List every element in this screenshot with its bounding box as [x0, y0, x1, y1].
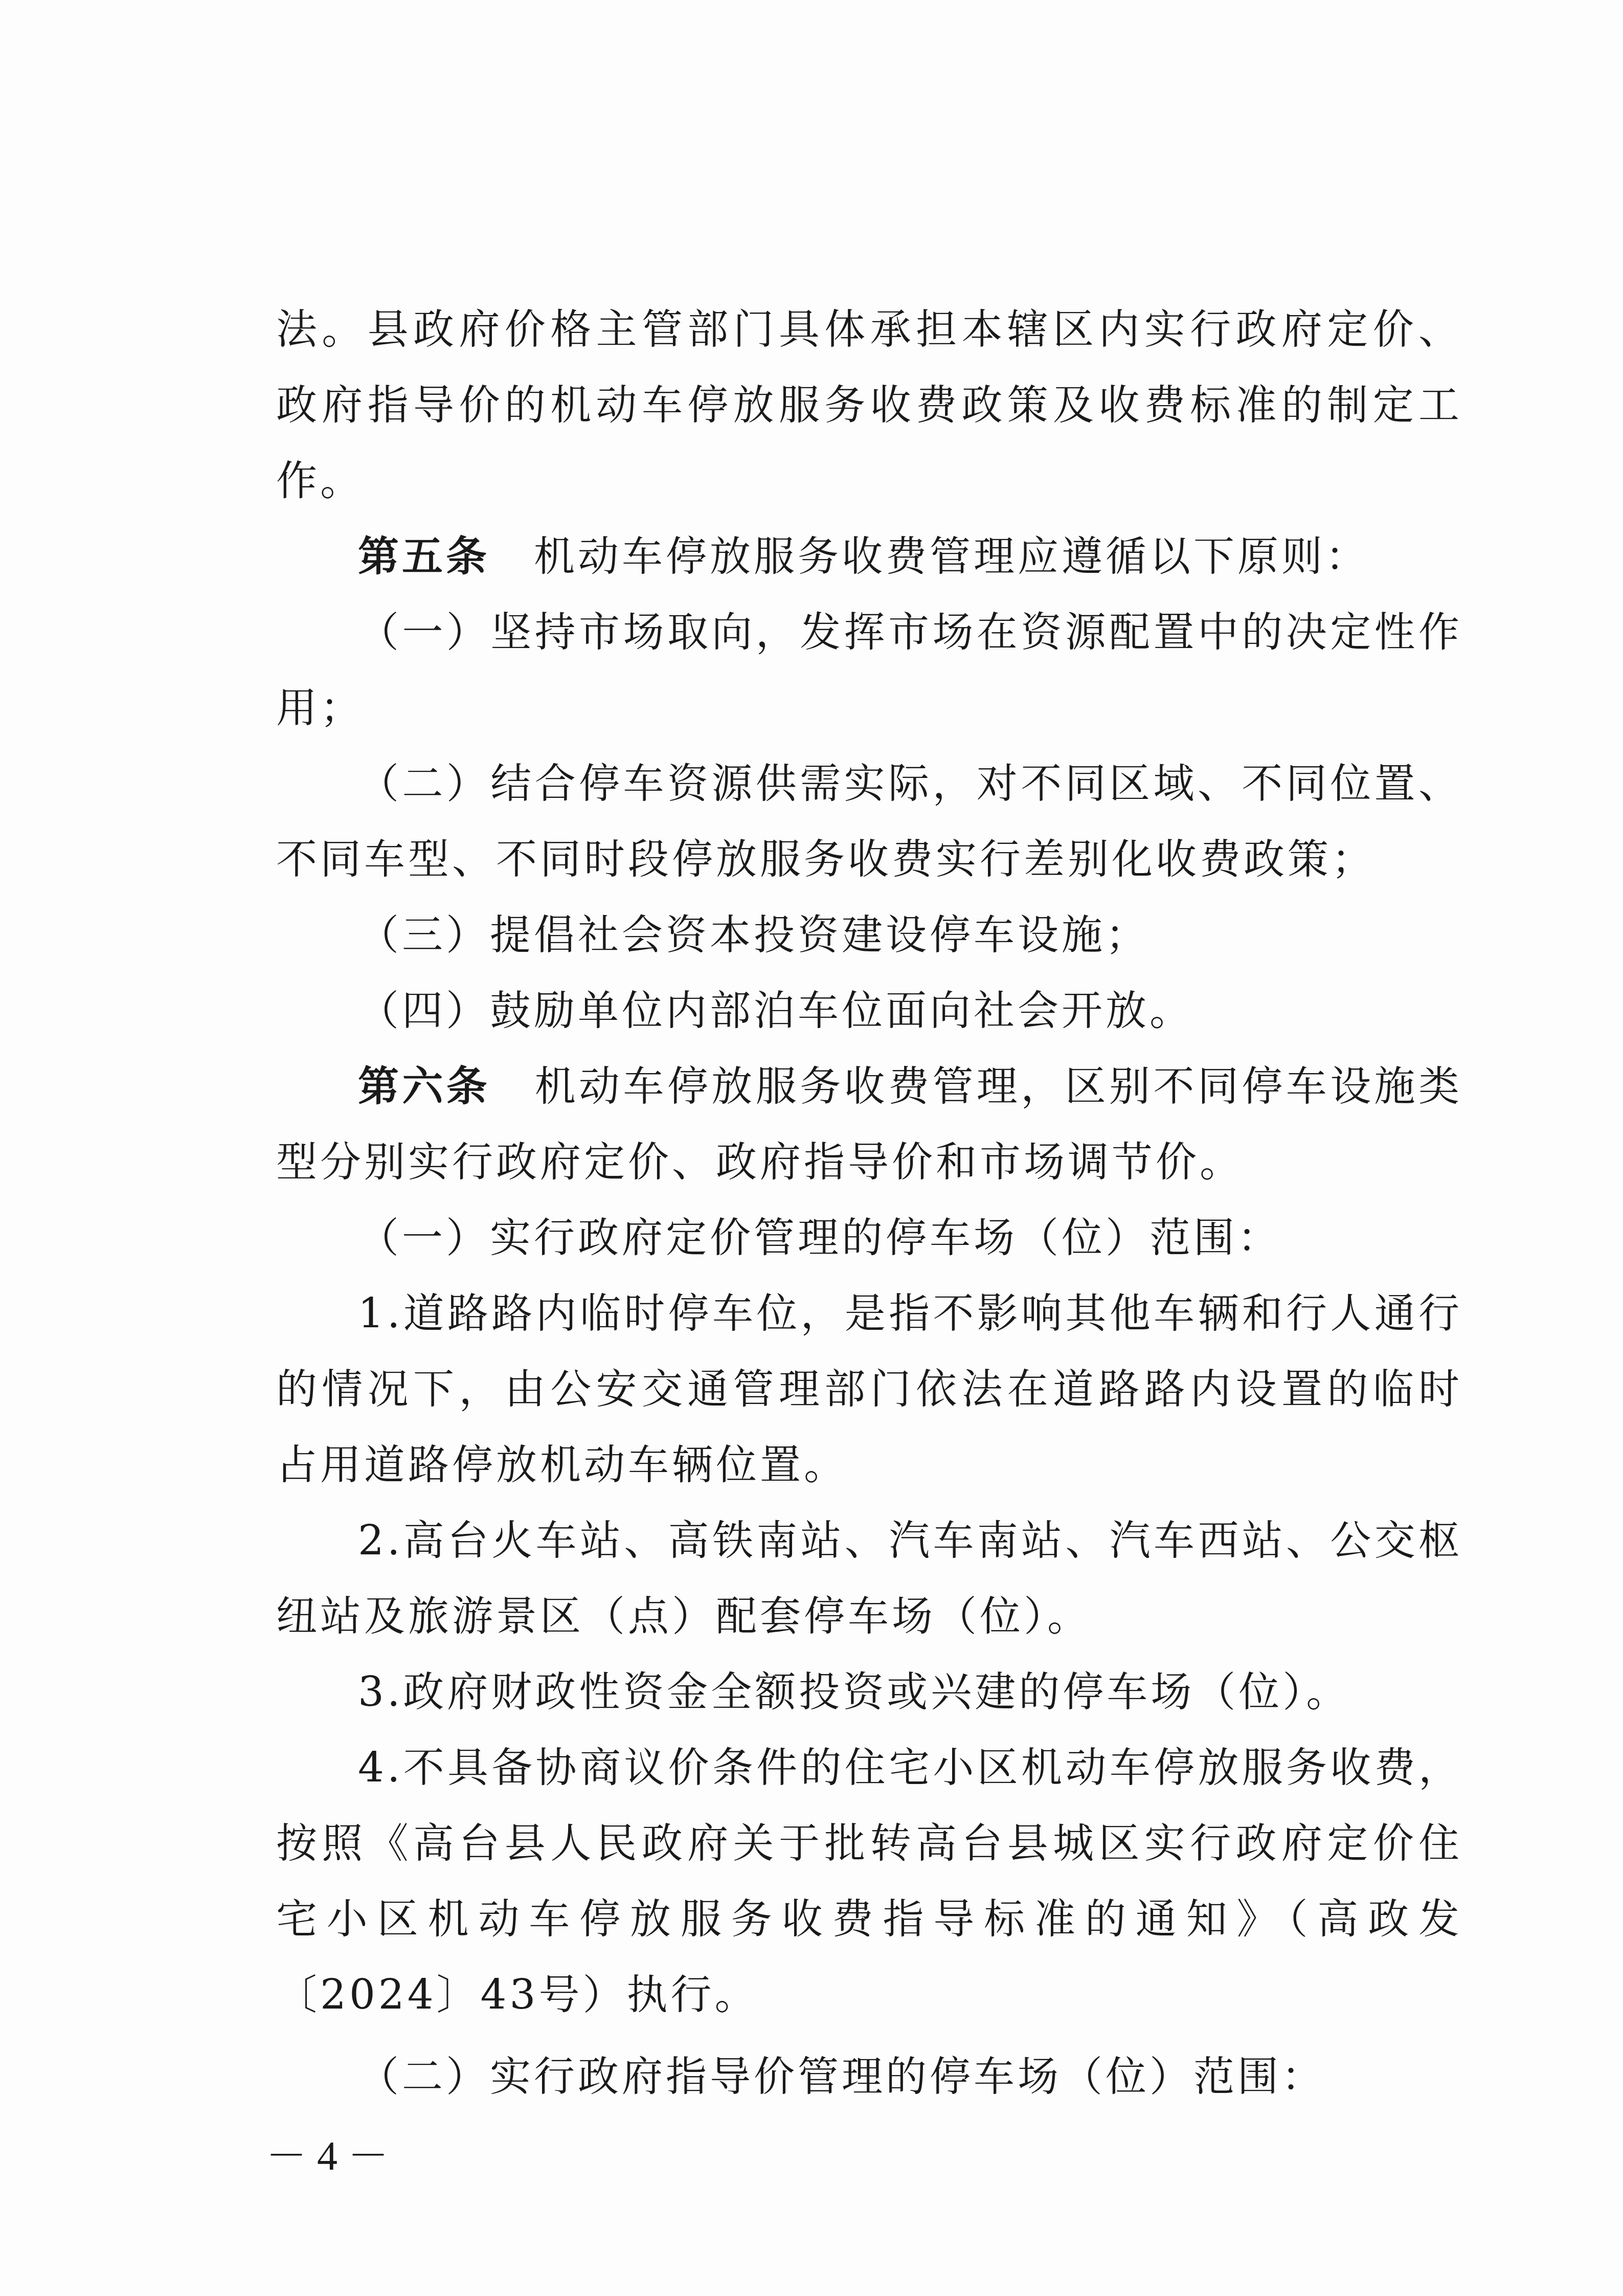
article-5-paragraph: 第五条 机动车停放服务收费管理应遵循以下原则：	[276, 519, 1462, 594]
article-heading: 第五条	[358, 532, 490, 580]
article-heading: 第六条	[358, 1062, 490, 1110]
paragraph-text: 机动车停放服务收费管理应遵循以下原则：	[490, 532, 1369, 580]
principle-item: （四）鼓励单位内部泊车位面向社会开放。	[276, 973, 1462, 1049]
section-heading: （二）实行政府指导价管理的停车场（位）范围：	[276, 2039, 1462, 2114]
list-item: 3.政府财政性资金全额投资或兴建的停车场（位）。	[276, 1654, 1462, 1730]
list-item: 4.不具备协商议价条件的住宅小区机动车停放服务收费，按照《高台县人民政府关于批转…	[276, 1730, 1462, 2033]
paragraph: 法。县政府价格主管部门具体承担本辖区内实行政府定价、政府指导价的机动车停放服务收…	[276, 292, 1462, 519]
list-item: 2.高台火车站、高铁南站、汽车南站、汽车西站、公交枢纽站及旅游景区（点）配套停车…	[276, 1503, 1462, 1654]
list-item: 1.道路路内临时停车位，是指不影响其他车辆和行人通行的情况下，由公安交通管理部门…	[276, 1276, 1462, 1503]
article-6-paragraph: 第六条 机动车停放服务收费管理，区别不同停车设施类型分别实行政府定价、政府指导价…	[276, 1049, 1462, 1200]
section-heading: （一）实行政府定价管理的停车场（位）范围：	[276, 1200, 1462, 1276]
principle-item: （三）提倡社会资本投资建设停车设施；	[276, 897, 1462, 973]
principle-item: （一）坚持市场取向，发挥市场在资源配置中的决定性作用；	[276, 594, 1462, 746]
document-page: 法。县政府价格主管部门具体承担本辖区内实行政府定价、政府指导价的机动车停放服务收…	[0, 0, 1623, 2296]
document-body: 法。县政府价格主管部门具体承担本辖区内实行政府定价、政府指导价的机动车停放服务收…	[276, 292, 1462, 2114]
page-number: － 4 －	[266, 2123, 389, 2181]
principle-item: （二）结合停车资源供需实际，对不同区域、不同位置、不同车型、不同时段停放服务收费…	[276, 746, 1462, 897]
